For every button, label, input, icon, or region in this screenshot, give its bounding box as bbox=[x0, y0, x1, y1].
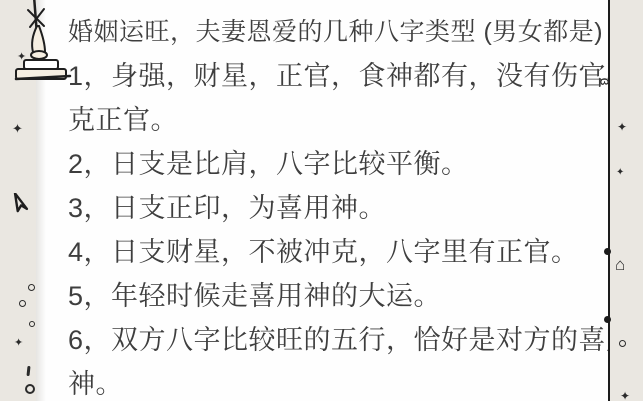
dot-icon bbox=[604, 248, 611, 255]
article-title: 婚姻运旺，夫妻恩爱的几种八字类型 (男女都是) bbox=[68, 10, 594, 54]
sparkle-icon: ✦ bbox=[620, 390, 630, 401]
sparkle-icon: ✦ bbox=[12, 122, 23, 135]
article-line: 克正官。 bbox=[68, 98, 594, 142]
text-card: 婚姻运旺，夫妻恩爱的几种八字类型 (男女都是) 1，身强，财星，正官，食神都有，… bbox=[36, 0, 610, 401]
dot-circle-icon bbox=[619, 340, 626, 347]
cursor-arrow-icon bbox=[7, 193, 29, 221]
bow-icon: ɞ bbox=[597, 78, 612, 86]
article-line: 3，日支正印，为喜用神。 bbox=[68, 186, 594, 230]
dot-icon bbox=[604, 316, 611, 323]
dot-circle-icon bbox=[29, 321, 35, 327]
sparkle-icon: ✦ bbox=[616, 168, 624, 178]
article-line: 4，日支财星，不被冲克，八字里有正官。 bbox=[68, 230, 594, 274]
dot-circle-icon bbox=[28, 284, 35, 291]
article-text: 婚姻运旺，夫妻恩爱的几种八字类型 (男女都是) 1，身强，财星，正官，食神都有，… bbox=[68, 10, 594, 401]
article-line: 6，双方八字比较旺的五行，恰好是对方的喜用 bbox=[68, 318, 594, 362]
article-line: 神。 bbox=[68, 362, 594, 401]
sparkle-icon: ✦ bbox=[14, 338, 23, 349]
dot-circle-icon bbox=[25, 384, 35, 394]
trophy-icon bbox=[4, 0, 88, 98]
sparkle-icon: ✦ bbox=[617, 121, 627, 133]
dash-doodle bbox=[26, 366, 30, 376]
dot-circle-icon bbox=[19, 300, 26, 307]
house-icon: ⌂ bbox=[615, 256, 625, 273]
sparkle-icon: ✦ bbox=[17, 52, 26, 63]
article-line: 5，年轻时候走喜用神的大运。 bbox=[68, 274, 594, 318]
article-line: 2，日支是比肩，八字比较平衡。 bbox=[68, 142, 594, 186]
image-canvas: 婚姻运旺，夫妻恩爱的几种八字类型 (男女都是) 1，身强，财星，正官，食神都有，… bbox=[0, 0, 643, 401]
article-line: 1，身强，财星，正官，食神都有，没有伤官冲 bbox=[68, 54, 594, 98]
